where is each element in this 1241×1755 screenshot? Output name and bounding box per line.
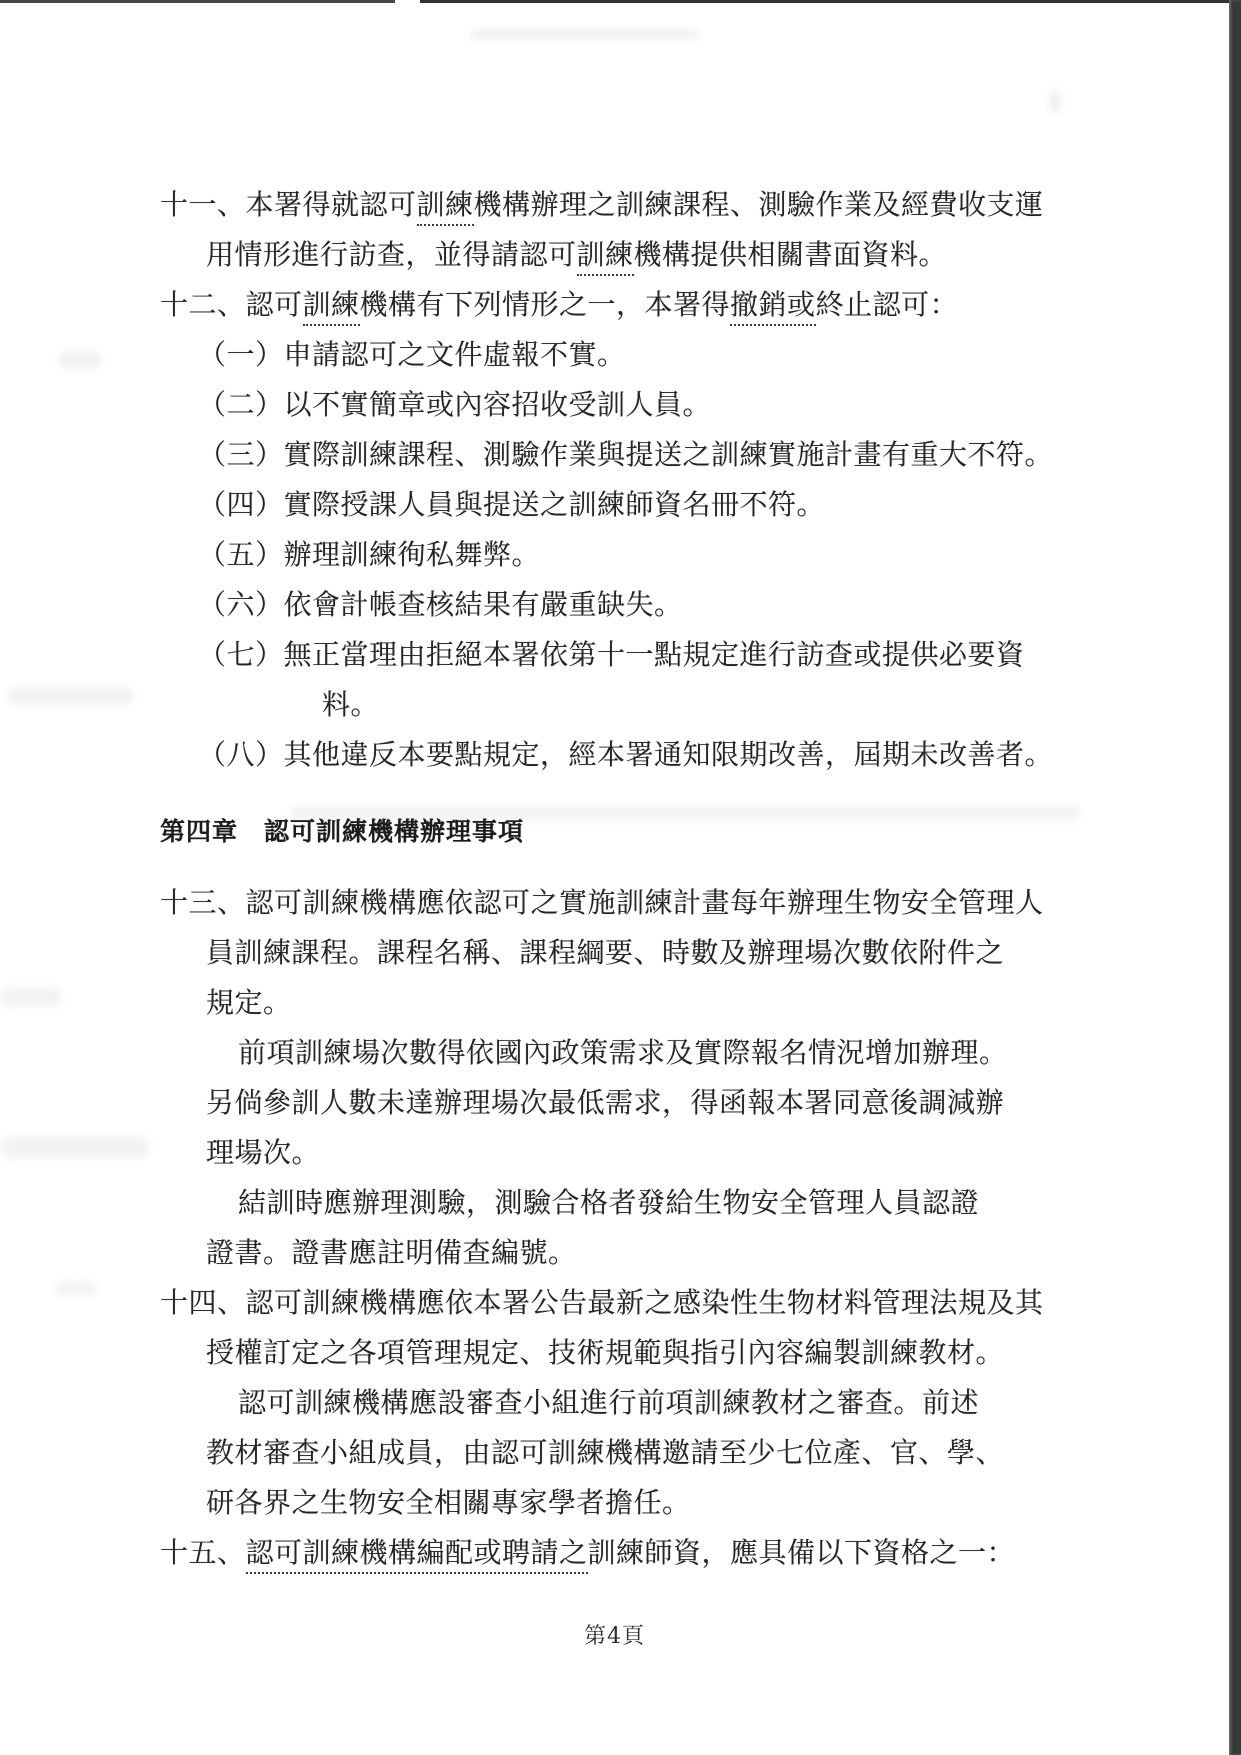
text-segment: 訓練師資，應具備以下資格之一： xyxy=(588,1536,1016,1569)
scanned-document-page: 十一、本署得就認可訓練機構辦理之訓練課程、測驗作業及經費收支運用情形進行訪查，並… xyxy=(0,0,1241,1755)
text-segment: 十一、本署得就認可 xyxy=(160,188,417,221)
text-segment: 十五、 xyxy=(160,1536,246,1569)
scan-smudge xyxy=(470,30,700,39)
document-line: （二）以不實簡章或內容招收受訓人員。 xyxy=(198,380,1241,430)
document-line: 另倘參訓人數未達辦理場次最低需求，得函報本署同意後調減辦 xyxy=(206,1078,1241,1128)
text-segment: 終止認可： xyxy=(816,288,959,321)
text-segment: 十四、認可訓練機構應依本署公告最新之感染性生物材料管理法規及其 xyxy=(160,1286,1044,1319)
document-line: 員訓練課程。課程名稱、課程綱要、時數及辦理場次數依附件之 xyxy=(206,928,1241,978)
text-segment: 前項訓練場次數得依國內政策需求及實際報名情況增加辦理。 xyxy=(238,1036,1008,1069)
underlined-text-segment: 撤銷或 xyxy=(730,288,816,326)
text-segment: 用情形進行訪查，並得請認可 xyxy=(206,238,577,271)
text-segment: （五）辦理訓練徇私舞弊。 xyxy=(198,538,540,571)
document-line: 理場次。 xyxy=(206,1128,1241,1178)
text-segment: 機構有下列情形之一，本署得 xyxy=(360,288,731,321)
document-line: （六）依會計帳查核結果有嚴重缺失。 xyxy=(198,580,1241,630)
document-body: 十一、本署得就認可訓練機構辦理之訓練課程、測驗作業及經費收支運用情形進行訪查，並… xyxy=(0,180,1241,1578)
page-number: 第4頁 xyxy=(0,1622,1229,1652)
document-line: 十三、認可訓練機構應依認可之實施訓練計畫每年辦理生物安全管理人 xyxy=(160,878,1241,928)
text-segment: 員訓練課程。課程名稱、課程綱要、時數及辦理場次數依附件之 xyxy=(206,936,1004,969)
text-segment: 研各界之生物安全相關專家學者擔任。 xyxy=(206,1486,691,1519)
text-segment: （三）實際訓練課程、測驗作業與提送之訓練實施計畫有重大不符。 xyxy=(198,438,1053,471)
chapter-heading: 第四章 認可訓練機構辦理事項 xyxy=(160,807,1241,857)
document-line: 十一、本署得就認可訓練機構辦理之訓練課程、測驗作業及經費收支運 xyxy=(160,180,1241,230)
text-segment: （一）申請認可之文件虛報不實。 xyxy=(198,338,626,371)
document-line: （五）辦理訓練徇私舞弊。 xyxy=(198,530,1241,580)
text-segment: 認可訓練機構應設審查小組進行前項訓練教材之審查。前述 xyxy=(238,1386,979,1419)
document-line: 十四、認可訓練機構應依本署公告最新之感染性生物材料管理法規及其 xyxy=(160,1278,1241,1328)
document-line: （一）申請認可之文件虛報不實。 xyxy=(198,330,1241,380)
text-segment: （八）其他違反本要點規定，經本署通知限期改善，屆期未改善者。 xyxy=(198,738,1053,771)
text-segment: 規定。 xyxy=(206,986,292,1019)
document-line: （七）無正當理由拒絕本署依第十一點規定進行訪查或提供必要資 xyxy=(198,630,1241,680)
text-segment: 另倘參訓人數未達辦理場次最低需求，得函報本署同意後調減辦 xyxy=(206,1086,1004,1119)
text-segment: （七）無正當理由拒絕本署依第十一點規定進行訪查或提供必要資 xyxy=(198,638,1025,671)
underlined-text-segment: 訓練 xyxy=(303,288,360,326)
document-line: 規定。 xyxy=(206,978,1241,1028)
text-segment: （六）依會計帳查核結果有嚴重缺失。 xyxy=(198,588,683,621)
text-segment: 十二、認可 xyxy=(160,288,303,321)
document-line: 十五、認可訓練機構編配或聘請之訓練師資，應具備以下資格之一： xyxy=(160,1528,1241,1578)
text-segment: 理場次。 xyxy=(206,1136,320,1169)
document-line: 教材審查小組成員，由認可訓練機構邀請至少七位產、官、學、 xyxy=(206,1428,1241,1478)
document-line: 十二、認可訓練機構有下列情形之一，本署得撤銷或終止認可： xyxy=(160,280,1241,330)
document-line: 證書。證書應註明備查編號。 xyxy=(206,1228,1241,1278)
text-segment: （二）以不實簡章或內容招收受訓人員。 xyxy=(198,388,711,421)
document-line: （八）其他違反本要點規定，經本署通知限期改善，屆期未改善者。 xyxy=(198,730,1241,780)
text-segment: 十三、認可訓練機構應依認可之實施訓練計畫每年辦理生物安全管理人 xyxy=(160,886,1044,919)
document-line: 用情形進行訪查，並得請認可訓練機構提供相關書面資料。 xyxy=(206,230,1241,280)
document-line: （三）實際訓練課程、測驗作業與提送之訓練實施計畫有重大不符。 xyxy=(198,430,1241,480)
scan-top-edge-line xyxy=(420,0,1235,3)
underlined-text-segment: 認可訓練機構編配或聘請之 xyxy=(246,1536,588,1574)
document-line: （四）實際授課人員與提送之訓練師資名冊不符。 xyxy=(198,480,1241,530)
text-segment: 機構提供相關書面資料。 xyxy=(634,238,948,271)
document-line: 研各界之生物安全相關專家學者擔任。 xyxy=(206,1478,1241,1528)
underlined-text-segment: 訓練 xyxy=(577,238,634,276)
document-line: 前項訓練場次數得依國內政策需求及實際報名情況增加辦理。 xyxy=(238,1028,1241,1078)
scan-top-edge-line xyxy=(0,0,395,3)
document-line: 結訓時應辦理測驗，測驗合格者發給生物安全管理人員認證 xyxy=(238,1178,1241,1228)
document-line: 授權訂定之各項管理規定、技術規範與指引內容編製訓練教材。 xyxy=(206,1328,1241,1378)
text-segment: 料。 xyxy=(322,688,379,721)
text-segment: 證書。證書應註明備查編號。 xyxy=(206,1236,577,1269)
text-segment: 授權訂定之各項管理規定、技術規範與指引內容編製訓練教材。 xyxy=(206,1336,1004,1369)
text-segment: 機構辦理之訓練課程、測驗作業及經費收支運 xyxy=(474,188,1044,221)
scan-smudge xyxy=(1050,90,1060,112)
text-segment: 第四章 認可訓練機構辦理事項 xyxy=(160,817,524,846)
text-segment: 結訓時應辦理測驗，測驗合格者發給生物安全管理人員認證 xyxy=(238,1186,979,1219)
document-line: 認可訓練機構應設審查小組進行前項訓練教材之審查。前述 xyxy=(238,1378,1241,1428)
underlined-text-segment: 訓練 xyxy=(417,188,474,226)
text-segment: 教材審查小組成員，由認可訓練機構邀請至少七位產、官、學、 xyxy=(206,1436,1004,1469)
text-segment: （四）實際授課人員與提送之訓練師資名冊不符。 xyxy=(198,488,825,521)
document-line: 料。 xyxy=(322,680,1241,730)
